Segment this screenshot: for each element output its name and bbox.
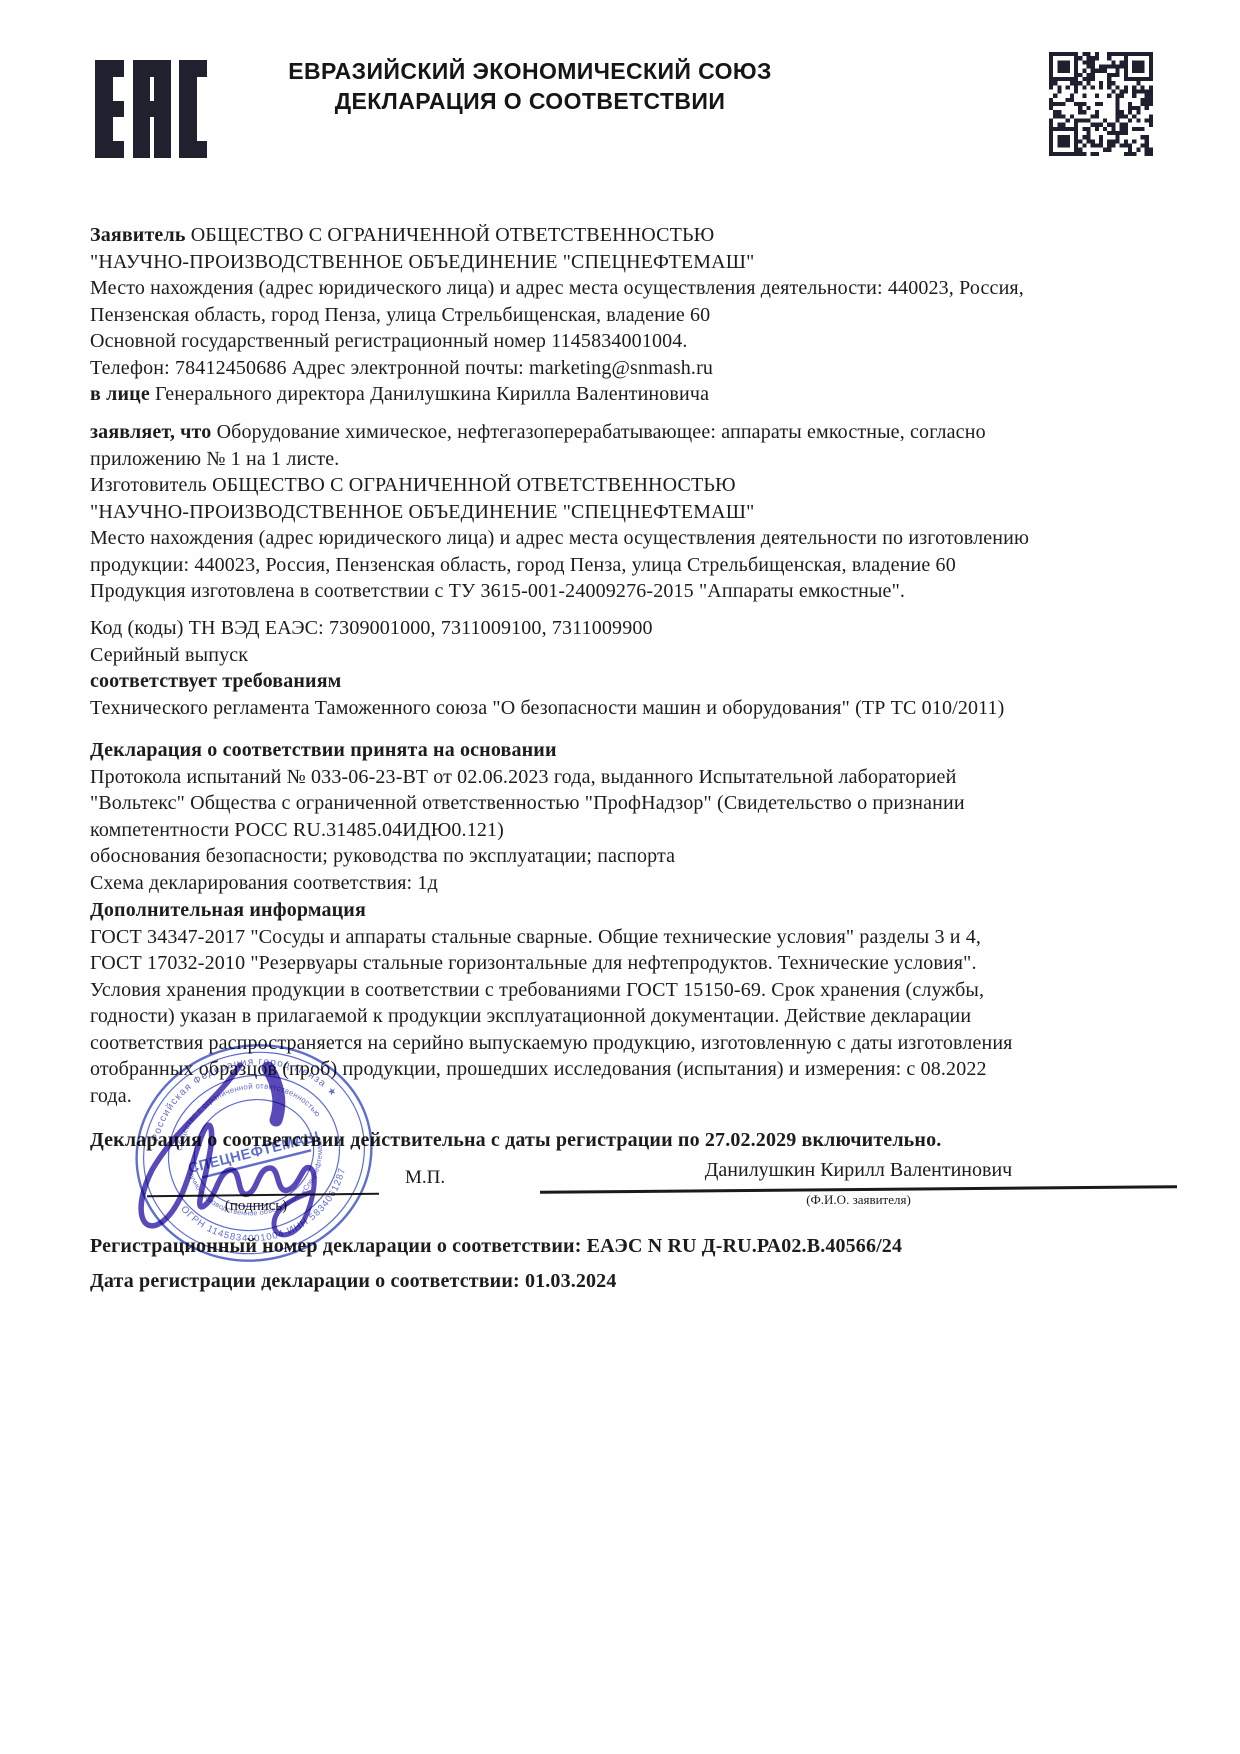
fio-caption: (Ф.И.О. заявителя) bbox=[540, 1192, 1177, 1208]
text-line: "НАУЧНО-ПРОИЗВОДСТВЕННОЕ ОБЪЕДИНЕНИЕ "СП… bbox=[90, 249, 1165, 276]
text-line: Протокола испытаний № 033-06-23-ВТ от 02… bbox=[90, 764, 1165, 791]
text-line: годности) указан в прилагаемой к продукц… bbox=[90, 1003, 1165, 1030]
text-line: Основной государственный регистрационный… bbox=[90, 328, 1165, 355]
text-line: Продукция изготовлена в соответствии с Т… bbox=[90, 578, 1165, 605]
text-line: заявляет, что Оборудование химическое, н… bbox=[90, 419, 1165, 446]
text-line: Изготовитель ОБЩЕСТВО С ОГРАНИЧЕННОЙ ОТВ… bbox=[90, 472, 1165, 499]
text-line: "НАУЧНО-ПРОИЗВОДСТВЕННОЕ ОБЪЕДИНЕНИЕ "СП… bbox=[90, 499, 1165, 526]
text-line: продукции: 440023, Россия, Пензенская об… bbox=[90, 552, 1165, 579]
block-basis: Декларация о соответствии принята на осн… bbox=[90, 737, 1165, 896]
block-applicant: Заявитель ОБЩЕСТВО С ОГРАНИЧЕННОЙ ОТВЕТС… bbox=[90, 222, 1165, 408]
text-line: соответствует требованиям bbox=[90, 668, 1165, 695]
text-line: компетентности РОСС RU.31485.04ИДЮ0.121) bbox=[90, 817, 1165, 844]
text-line: ГОСТ 17032-2010 "Резервуары стальные гор… bbox=[90, 950, 1165, 977]
text-line: Серийный выпуск bbox=[90, 642, 1165, 669]
text-line: Телефон: 78412450686 Адрес электронной п… bbox=[90, 355, 1165, 382]
text-line: в лице Генерального директора Данилушкин… bbox=[90, 381, 1165, 408]
text-line: Декларация о соответствии принята на осн… bbox=[90, 737, 1165, 764]
text-line: Схема декларирования соответствия: 1д bbox=[90, 870, 1165, 897]
text-line: Код (коды) ТН ВЭД ЕАЭС: 7309001000, 7311… bbox=[90, 615, 1165, 642]
text-line: Место нахождения (адрес юридического лиц… bbox=[90, 525, 1165, 552]
declaration-document: ЕВРАЗИЙСКИЙ ЭКОНОМИЧЕСКИЙ СОЮЗ ДЕКЛАРАЦИ… bbox=[0, 0, 1240, 1754]
text-line: "Вольтекс" Общества с ограниченной ответ… bbox=[90, 790, 1165, 817]
text-line: Заявитель ОБЩЕСТВО С ОГРАНИЧЕННОЙ ОТВЕТС… bbox=[90, 222, 1165, 249]
text-line: приложению № 1 на 1 листе. bbox=[90, 446, 1165, 473]
text-line: Пензенская область, город Пенза, улица С… bbox=[90, 302, 1165, 329]
title-line-2: ДЕКЛАРАЦИЯ О СООТВЕТСТВИИ bbox=[180, 86, 880, 116]
text-line: обоснования безопасности; руководства по… bbox=[90, 843, 1165, 870]
text-line: Условия хранения продукции в соответстви… bbox=[90, 977, 1165, 1004]
text-line: Технического регламента Таможенного союз… bbox=[90, 695, 1165, 722]
block-regdate: Дата регистрации декларации о соответств… bbox=[90, 1268, 1165, 1295]
document-title: ЕВРАЗИЙСКИЙ ЭКОНОМИЧЕСКИЙ СОЮЗ ДЕКЛАРАЦИ… bbox=[180, 56, 880, 116]
block-declares: заявляет, что Оборудование химическое, н… bbox=[90, 419, 1165, 605]
qr-code-icon bbox=[1046, 52, 1156, 156]
block-codes: Код (коды) ТН ВЭД ЕАЭС: 7309001000, 7311… bbox=[90, 615, 1165, 721]
title-line-1: ЕВРАЗИЙСКИЙ ЭКОНОМИЧЕСКИЙ СОЮЗ bbox=[180, 56, 880, 86]
text-line: ГОСТ 34347-2017 "Сосуды и аппараты сталь… bbox=[90, 924, 1165, 951]
handwritten-signature bbox=[90, 1040, 370, 1260]
text-line: Дополнительная информация bbox=[90, 897, 1165, 924]
seal-place-label: М.П. bbox=[405, 1167, 445, 1189]
text-line: Место нахождения (адрес юридического лиц… bbox=[90, 275, 1165, 302]
text-line: Дата регистрации декларации о соответств… bbox=[90, 1268, 1165, 1295]
applicant-name: Данилушкин Кирилл Валентинович bbox=[540, 1159, 1177, 1182]
